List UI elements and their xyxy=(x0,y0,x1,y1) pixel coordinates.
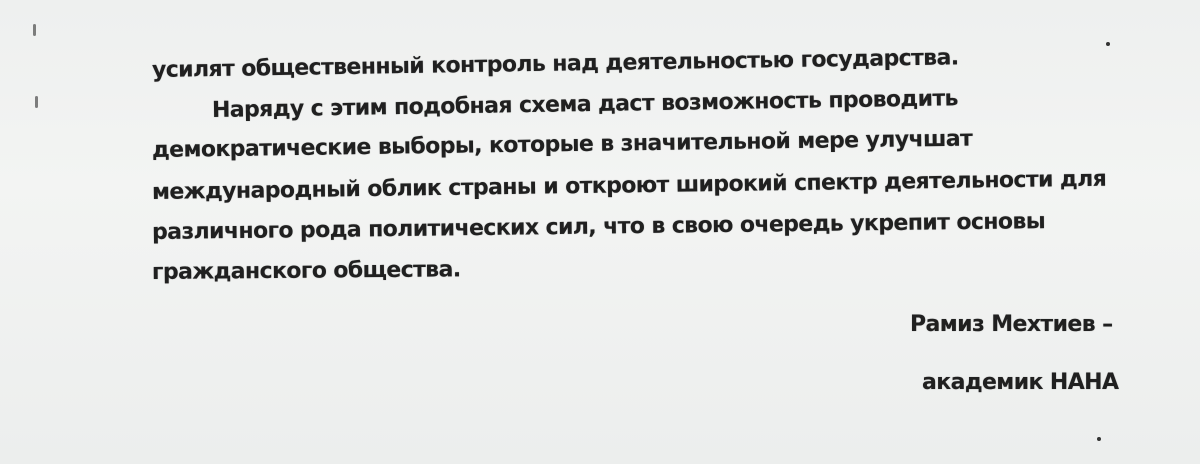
margin-mark xyxy=(33,24,36,36)
body-line: гражданского общества. xyxy=(152,257,461,285)
speck xyxy=(1106,42,1110,46)
signature-name: Рамиз Мехтиев – xyxy=(910,312,1112,337)
speck xyxy=(1097,437,1101,441)
body-line: демократические выборы, которые в значит… xyxy=(152,127,973,163)
body-line: усилят общественный контроль над деятель… xyxy=(152,45,959,83)
margin-mark xyxy=(35,96,38,108)
body-line: международный облик страны и откроют шир… xyxy=(152,167,1106,205)
signature-title: академик НАНА xyxy=(922,370,1118,395)
document-page: усилят общественный контроль над деятель… xyxy=(0,0,1200,464)
body-line: различного рода политических сил, что в … xyxy=(152,209,1045,245)
body-line-paragraph-start: Наряду с этим подобная схема даст возмож… xyxy=(212,86,958,123)
